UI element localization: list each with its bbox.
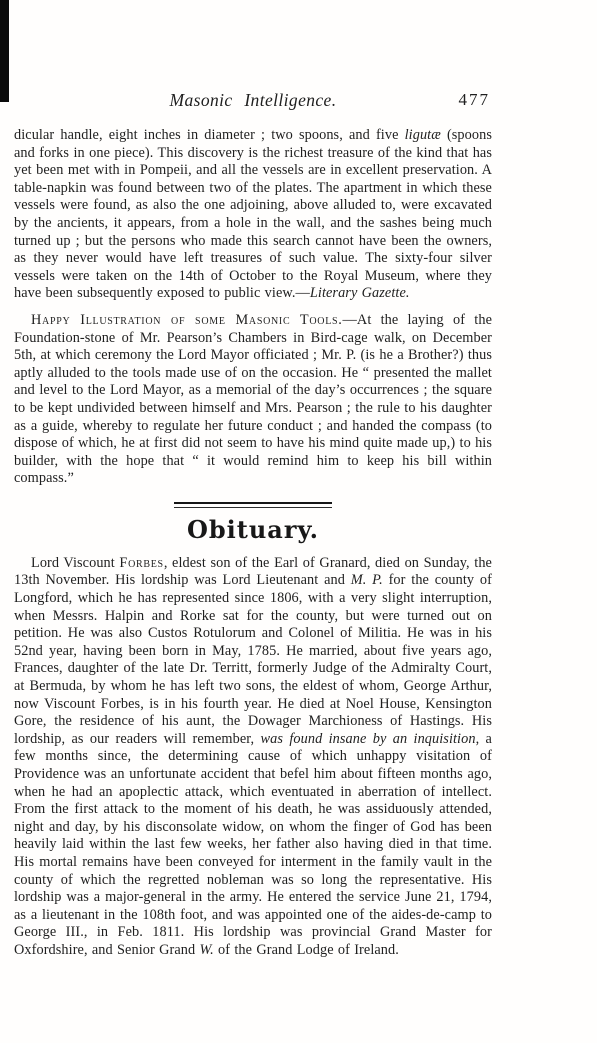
text-run-sc: Forbes	[119, 555, 163, 571]
section-divider-rule	[174, 502, 332, 508]
text-run-italic: ligutæ	[405, 127, 441, 143]
text-run: dicular handle, eight inches in diameter…	[14, 127, 405, 143]
text-run: of the Grand Lodge of Ireland.	[214, 942, 399, 958]
page-number: 477	[459, 90, 491, 110]
paragraph-obituary-forbes: Lord Viscount Forbes, eldest son of the …	[14, 555, 492, 960]
text-run-italic: was found insane by an inquisition	[261, 731, 476, 747]
text-run-sc: Happy Illustration of some Masonic Tools…	[31, 312, 343, 328]
scan-edge-artifact	[0, 0, 9, 102]
page-header: Masonic Intelligence. 477	[14, 90, 492, 112]
text-run-italic: M. P.	[351, 572, 383, 588]
text-run: , a few months since, the determining ca…	[14, 731, 492, 958]
page-content: Masonic Intelligence. 477 dicular handle…	[14, 90, 492, 960]
text-run: (spoons and forks in one piece). This di…	[14, 127, 492, 301]
scanned-book-page: Masonic Intelligence. 477 dicular handle…	[0, 0, 597, 1043]
running-title: Masonic Intelligence.	[169, 90, 336, 110]
text-run: —At the laying of the Foundation-stone o…	[14, 312, 492, 486]
text-run-italic: Literary Gazette.	[310, 285, 410, 301]
paragraph-pompeii-treasure: dicular handle, eight inches in diameter…	[14, 127, 492, 303]
paragraph-masonic-tools: Happy Illustration of some Masonic Tools…	[14, 312, 492, 488]
text-run: for the county of Longford, which he has…	[14, 572, 492, 746]
text-run-italic: W.	[199, 942, 213, 958]
text-run: Lord Viscount	[31, 555, 119, 571]
obituary-heading: Obituary.	[14, 515, 492, 544]
